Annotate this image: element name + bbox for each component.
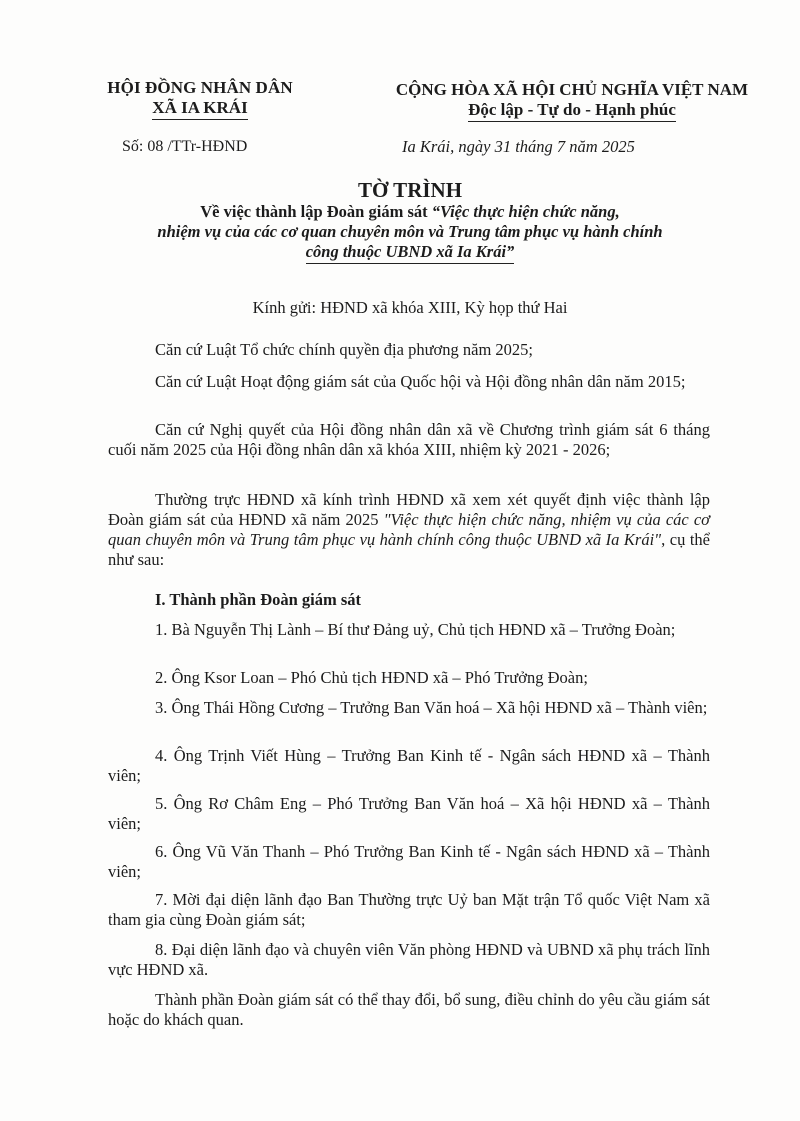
composition-note: Thành phần Đoàn giám sát có thể thay đổi… (108, 990, 710, 1030)
organization-name: HỘI ĐỒNG NHÂN DÂN (100, 78, 300, 98)
title-block: TỜ TRÌNH Về việc thành lập Đoàn giám sát… (110, 178, 710, 262)
member-item: 3. Ông Thái Hồng Cương – Trưởng Ban Văn … (108, 698, 710, 718)
national-header: CỘNG HÒA XÃ HỘI CHỦ NGHĨA VIỆT NAM Độc l… (372, 80, 772, 122)
legal-basis-1: Căn cứ Luật Tổ chức chính quyền địa phươ… (108, 340, 710, 360)
organization-commune: XÃ IA KRÁI (100, 98, 300, 120)
issuing-organization: HỘI ĐỒNG NHÂN DÂN XÃ IA KRÁI (100, 78, 300, 120)
legal-basis-2: Căn cứ Luật Hoạt động giám sát của Quốc … (108, 372, 710, 392)
member-item: 1. Bà Nguyễn Thị Lành – Bí thư Đảng uỷ, … (108, 620, 710, 640)
document-page: HỘI ĐỒNG NHÂN DÂN XÃ IA KRÁI Số: 08 /TTr… (0, 0, 800, 1121)
national-motto: Độc lập - Tự do - Hạnh phúc (372, 100, 772, 122)
section-heading: I. Thành phần Đoàn giám sát (108, 590, 710, 610)
nation-name: CỘNG HÒA XÃ HỘI CHỦ NGHĨA VIỆT NAM (372, 80, 772, 100)
document-number: Số: 08 /TTr-HĐND (122, 138, 247, 156)
member-item: 4. Ông Trịnh Viết Hùng – Trưởng Ban Kinh… (108, 746, 710, 786)
member-item: 8. Đại diện lãnh đạo và chuyên viên Văn … (108, 940, 710, 980)
legal-basis-3: Căn cứ Nghị quyết của Hội đồng nhân dân … (108, 420, 710, 460)
recipient: Kính gửi: HĐND xã khóa XIII, Kỳ họp thứ … (110, 298, 710, 318)
member-item: 6. Ông Vũ Văn Thanh – Phó Trưởng Ban Kin… (108, 842, 710, 882)
member-item: 2. Ông Ksor Loan – Phó Chủ tịch HĐND xã … (108, 668, 710, 688)
document-type: TỜ TRÌNH (110, 178, 710, 202)
document-subject: Về việc thành lập Đoàn giám sát “Việc th… (110, 202, 710, 262)
proposal-paragraph: Thường trực HĐND xã kính trình HĐND xã x… (108, 490, 710, 570)
member-item: 5. Ông Rơ Châm Eng – Phó Trưởng Ban Văn … (108, 794, 710, 834)
member-item: 7. Mời đại diện lãnh đạo Ban Thường trực… (108, 890, 710, 930)
place-date: Ia Krái, ngày 31 tháng 7 năm 2025 (402, 137, 635, 157)
